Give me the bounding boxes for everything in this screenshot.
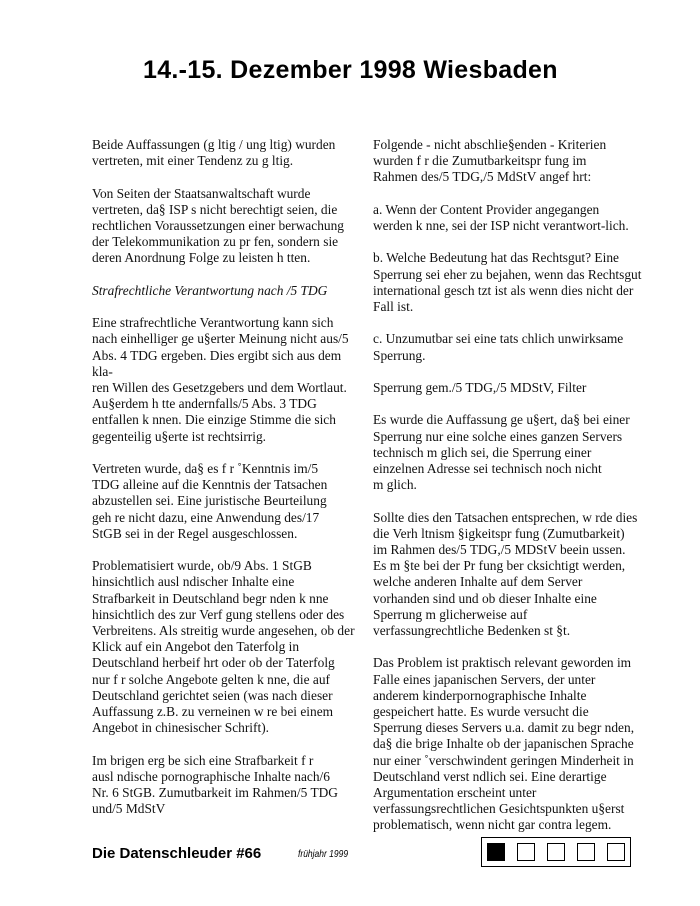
footer-publication-title: Die Datenschleuder #66 [92,845,261,862]
marker-box-3 [547,843,565,861]
paragraph: Es wurde die Auffassung ge u§ert, da§ be… [373,412,663,493]
section-subheading: Sperrung gem./5 TDG,/5 MDStV, Filter [373,380,663,396]
paragraph: Von Seiten der Staatsanwaltschaft wurde … [92,186,364,267]
section-subheading: Strafrechtliche Verantwortung nach /5 TD… [92,283,364,299]
paragraph: Sollte dies den Tatsachen entsprechen, w… [373,510,663,640]
marker-box-2 [517,843,535,861]
paragraph: Im brigen erg be sich eine Strafbarkeit … [92,753,364,818]
section-marker-boxes [481,837,631,867]
paragraph: Eine strafrechtliche Verantwortung kann … [92,315,364,445]
page-title: 14.-15. Dezember 1998 Wiesbaden [143,56,653,85]
paragraph: Folgende - nicht abschlie§enden - Kriter… [373,137,663,186]
footer-issue-date: frühjahr 1999 [298,849,348,860]
right-column: Folgende - nicht abschlie§enden - Kriter… [373,137,663,850]
list-item-b: b. Welche Bedeutung hat das Rechtsgut? E… [373,250,663,315]
marker-box-4 [577,843,595,861]
paragraph: Beide Auffassungen (g ltig / ung ltig) w… [92,137,364,169]
paragraph: Vertreten wurde, da§ es f r ˚Kenntnis im… [92,461,364,542]
left-column: Beide Auffassungen (g ltig / ung ltig) w… [92,137,364,834]
marker-box-5 [607,843,625,861]
list-item-c: c. Unzumutbar sei eine tats chlich unwir… [373,331,663,363]
paragraph: Problematisiert wurde, ob/9 Abs. 1 StGB … [92,558,364,736]
marker-box-1 [487,843,505,861]
list-item-a: a. Wenn der Content Provider angegangen … [373,202,663,234]
paragraph: Das Problem ist praktisch relevant gewor… [373,655,663,833]
